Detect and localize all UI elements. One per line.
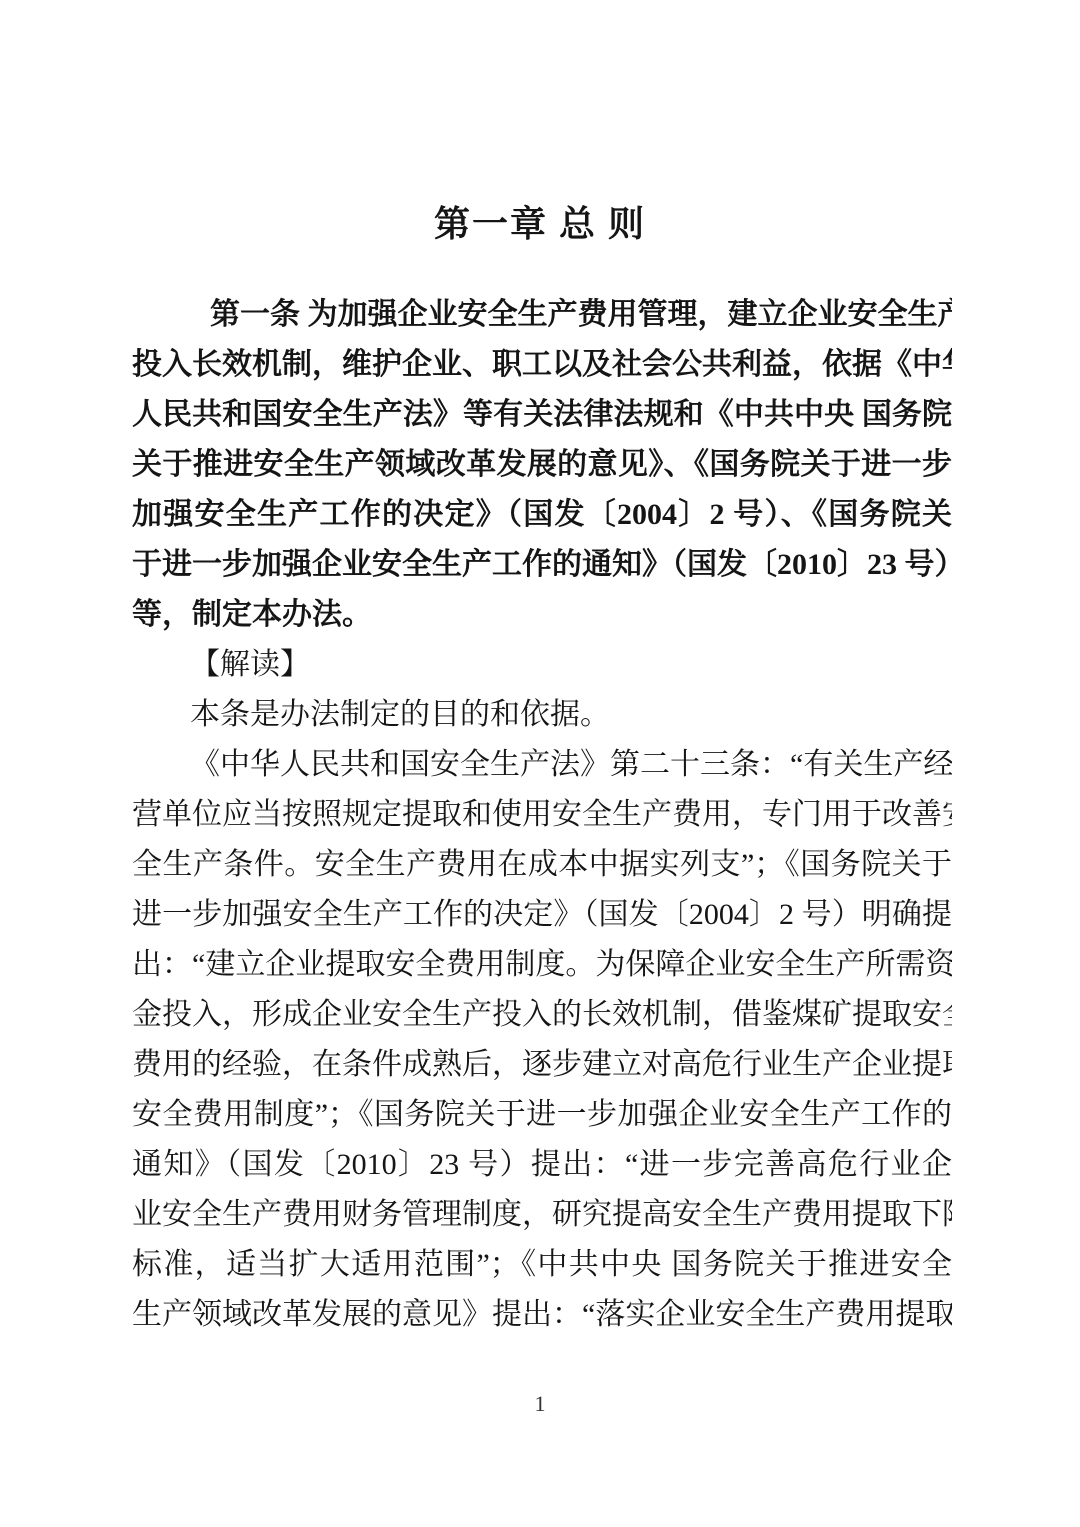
text-line: 第一条 为加强企业安全生产费用管理，建立企业安全生产 xyxy=(132,290,952,340)
paragraph: 本条是办法制定的目的和依据。 xyxy=(132,690,952,740)
document-body: 第一条 为加强企业安全生产费用管理，建立企业安全生产投入长效机制，维护企业、职工… xyxy=(0,290,1080,1340)
text-line: 《中华人民共和国安全生产法》第二十三条：“有关生产经 xyxy=(132,740,952,790)
text-line: 营单位应当按照规定提取和使用安全生产费用，专门用于改善安 xyxy=(132,790,952,840)
text-line: 加强安全生产工作的决定》（国发〔2004〕2 号）、《国务院关 xyxy=(132,490,952,540)
text-line: 业安全生产费用财务管理制度，研究提高安全生产费用提取下限 xyxy=(132,1190,952,1240)
text-line: 于进一步加强企业安全生产工作的通知》（国发〔2010〕23 号） xyxy=(132,540,952,590)
text-line: 标准，适当扩大适用范围”；《中共中央 国务院关于推进安全 xyxy=(132,1240,952,1290)
page-number: 1 xyxy=(0,1390,1080,1418)
text-line: 金投入，形成企业安全生产投入的长效机制，借鉴煤矿提取安全 xyxy=(132,990,952,1040)
paragraph: 【解读】 xyxy=(132,640,952,690)
text-line: 出：“建立企业提取安全费用制度。为保障企业安全生产所需资 xyxy=(132,940,952,990)
text-line: 生产领域改革发展的意见》提出：“落实企业安全生产费用提取 xyxy=(132,1290,952,1340)
chapter-title: 第一章 总 则 xyxy=(0,0,1080,246)
text-line: 进一步加强安全生产工作的决定》（国发〔2004〕2 号）明确提 xyxy=(132,890,952,940)
text-line: 通知》（国发〔2010〕23 号）提出：“进一步完善高危行业企 xyxy=(132,1140,952,1190)
text-line: 本条是办法制定的目的和依据。 xyxy=(132,690,952,740)
text-line: 等，制定本办法。 xyxy=(132,590,952,640)
text-line: 安全费用制度”；《国务院关于进一步加强企业安全生产工作的 xyxy=(132,1090,952,1140)
text-line: 人民共和国安全生产法》等有关法律法规和《中共中央 国务院 xyxy=(132,390,952,440)
text-line: 投入长效机制，维护企业、职工以及社会公共利益，依据《中华 xyxy=(132,340,952,390)
paragraph: 第一条 为加强企业安全生产费用管理，建立企业安全生产投入长效机制，维护企业、职工… xyxy=(132,290,952,640)
text-line: 【解读】 xyxy=(132,640,952,690)
text-line: 费用的经验，在条件成熟后，逐步建立对高危行业生产企业提取 xyxy=(132,1040,952,1090)
paragraph: 《中华人民共和国安全生产法》第二十三条：“有关生产经营单位应当按照规定提取和使用… xyxy=(132,740,952,1340)
text-line: 全生产条件。安全生产费用在成本中据实列支”；《国务院关于 xyxy=(132,840,952,890)
text-line: 关于推进安全生产领域改革发展的意见》、《国务院关于进一步 xyxy=(132,440,952,490)
document-page: 第一章 总 则 第一条 为加强企业安全生产费用管理，建立企业安全生产投入长效机制… xyxy=(0,0,1080,1527)
